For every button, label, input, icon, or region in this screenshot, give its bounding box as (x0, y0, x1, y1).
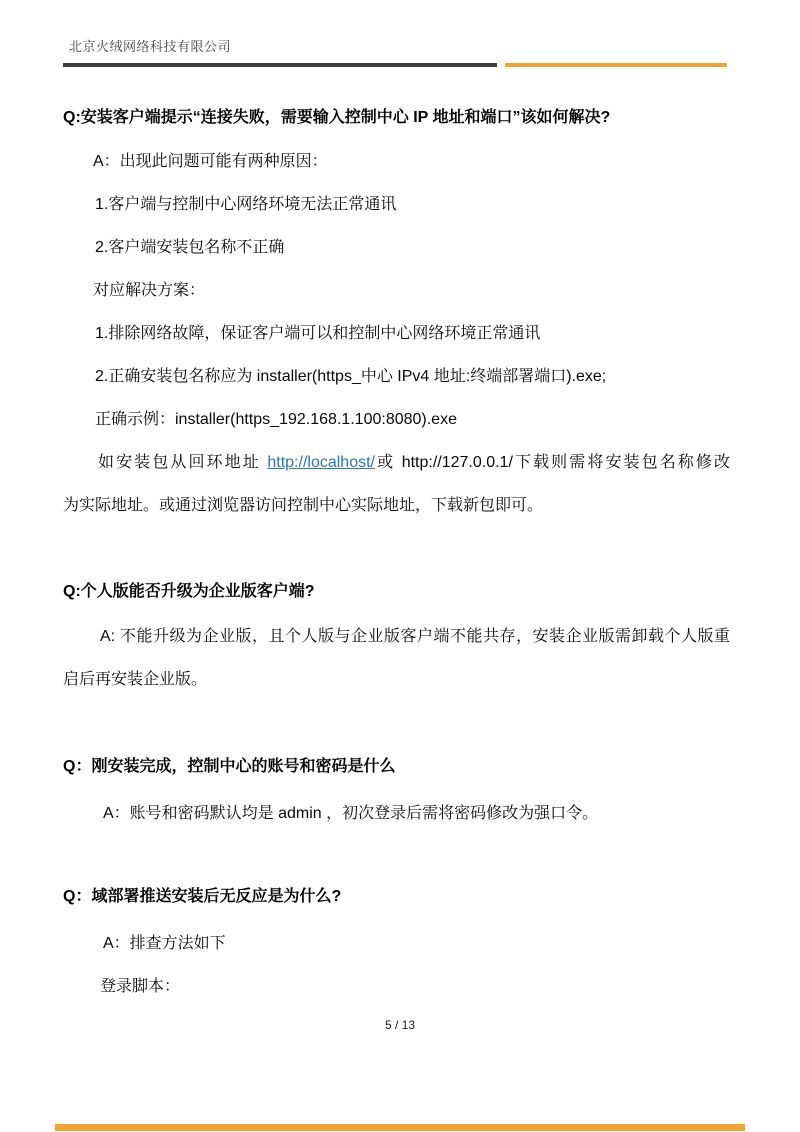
faq-answer-3: A：账号和密码默认均是 admin ，初次登录后需将密码修改为强口令。 (103, 803, 598, 825)
faq-question-2: Q:个人版能否升级为企业版客户端? (63, 581, 315, 603)
faq-answer-1-cause-2: 2.客户端安装包名称不正确 (95, 237, 284, 259)
faq-answer-1-cause-1: 1.客户端与控制中心网络环境无法正常通讯 (95, 194, 396, 216)
note-text-before-link: 如安装包从回环地址 (98, 454, 267, 471)
header-rule-dark (63, 63, 497, 67)
faq-answer-2-line-1: A: 不能升级为企业版，且个人版与企业版客户端不能共存，安装企业版需卸载个人版重 (100, 626, 730, 648)
faq-answer-1-solution-label: 对应解决方案： (93, 280, 205, 302)
page-number: 5 / 13 (0, 1018, 800, 1032)
faq-answer-1-intro: A：出现此问题可能有两种原因： (93, 151, 328, 173)
faq-answer-1-fix-1: 1.排除网络故障，保证客户端可以和控制中心网络环境正常通讯 (95, 323, 540, 345)
faq-answer-1-fix-2: 2.正确安装包名称应为 installer(https_中心 IPv4 地址:终… (95, 366, 606, 388)
faq-answer-4: A：排查方法如下 (103, 933, 226, 955)
faq-question-3: Q：刚安装完成，控制中心的账号和密码是什么 (63, 756, 395, 778)
localhost-link[interactable]: http://localhost/ (267, 454, 375, 471)
faq-answer-1-note-line-1: 如安装包从回环地址 http://localhost/或 http://127.… (98, 452, 730, 474)
header-rule-orange (505, 63, 727, 67)
document-page: 北京火绒网络科技有限公司 Q:安装客户端提示“连接失败，需要输入控制中心 IP … (0, 0, 800, 1132)
faq-answer-1-note-line-2: 为实际地址。或通过浏览器访问控制中心实际地址，下载新包即可。 (63, 495, 543, 517)
footer-accent-bar (55, 1124, 745, 1131)
faq-answer-1-example: 正确示例：installer(https_192.168.1.100:8080)… (95, 409, 457, 431)
faq-answer-2-line-2: 启后再安装企业版。 (63, 669, 207, 691)
note-text-after-link: 或 http://127.0.0.1/下载则需将安装包名称修改 (375, 454, 730, 471)
faq-question-1: Q:安装客户端提示“连接失败，需要输入控制中心 IP 地址和端口”该如何解决? (63, 107, 610, 129)
faq-question-4: Q：域部署推送安装后无反应是为什么? (63, 886, 341, 908)
faq-answer-4-script-label: 登录脚本： (100, 976, 180, 998)
header-company-name: 北京火绒网络科技有限公司 (69, 36, 231, 55)
